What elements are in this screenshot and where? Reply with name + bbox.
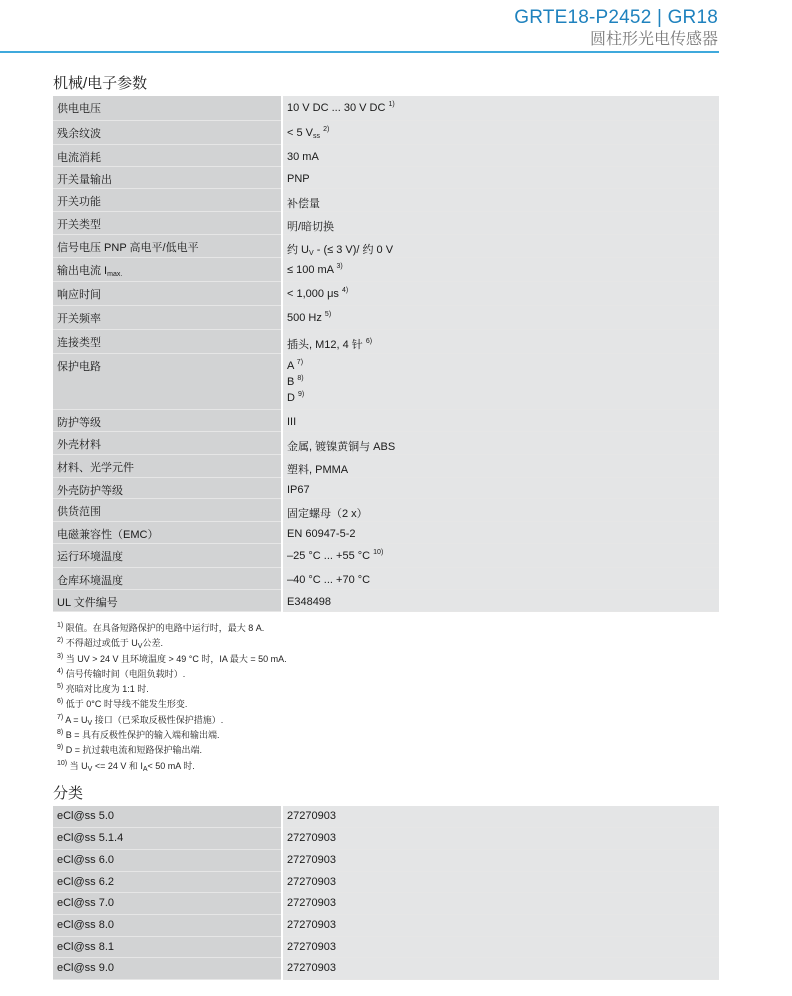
classification-value: 27270903	[287, 828, 719, 844]
spec-label-text: 运行环境温度	[57, 551, 123, 563]
spec-value-cell: A 7)B 8)D 9)	[282, 353, 719, 409]
spec-value-tail: - (≤ 3 V)/ 约 0 V	[314, 244, 393, 256]
spec-value-text: III	[287, 416, 296, 428]
spec-label-text: 开关频率	[57, 313, 101, 325]
spec-row: 响应时间< 1,000 μs 4)	[53, 281, 719, 305]
section-title-mech-elec: 机械/电子参数	[53, 74, 147, 94]
footnote-number: 1)	[57, 622, 63, 629]
spec-label: 开关功能	[57, 189, 281, 209]
spec-label-text: 供货范围	[57, 506, 101, 518]
spec-label-text: 保护电路	[57, 361, 101, 373]
footnote-text-tail: < 50 mA 时.	[148, 761, 195, 771]
classification-label: eCl@ss 6.2	[57, 872, 281, 888]
classification-value: 27270903	[287, 850, 719, 866]
footnotes: 1) 限值。在具备短路保护的电路中运行时，最大 8 A.2) 不得超过或低于 U…	[57, 621, 287, 774]
spec-label: 开关类型	[57, 212, 281, 232]
spec-value-text: 30 mA	[287, 151, 319, 163]
spec-label-cell: 保护电路	[53, 353, 282, 409]
spec-value-text: 明/暗切换	[287, 221, 334, 233]
spec-label: 残余纹波	[57, 121, 281, 141]
spec-value-cell: 补偿量	[282, 188, 719, 211]
spec-value-subscript: ss	[313, 133, 320, 140]
spec-value-cell: 30 mA	[282, 144, 719, 166]
spec-label-text: 开关类型	[57, 219, 101, 231]
spec-label-text: 供电电压	[57, 103, 101, 115]
footnote-text: 当 U	[70, 761, 88, 771]
spec-label-cell: 材料、光学元件	[53, 454, 282, 477]
spec-value: 10 V DC ... 30 V DC 1)	[287, 96, 719, 114]
spec-value-text: 塑料, PMMA	[287, 464, 348, 476]
spec-value: 固定螺母（2 x）	[287, 499, 719, 521]
footnote-ref: 5)	[325, 311, 331, 318]
section-title-classification: 分类	[53, 784, 83, 804]
spec-label: 电流消耗	[57, 145, 281, 165]
spec-label-text: 防护等级	[57, 417, 101, 429]
spec-value-text: –40 °C ... +70 °C	[287, 574, 370, 586]
spec-label-cell: 开关量输出	[53, 166, 282, 188]
spec-value-text: ≤ 100 mA	[287, 264, 333, 276]
spec-value-cell: < 5 Vss 2)	[282, 120, 719, 144]
classification-label: eCl@ss 8.0	[57, 915, 281, 931]
spec-value-cell: EN 60947-5-2	[282, 521, 719, 543]
spec-label-text: 输出电流 I	[57, 265, 107, 277]
footnote-number: 4)	[57, 668, 63, 675]
spec-value-cell: < 1,000 μs 4)	[282, 281, 719, 305]
spec-value: 插头, M12, 4 针 6)	[287, 330, 719, 352]
spec-label-cell: 电磁兼容性（EMC）	[53, 521, 282, 543]
spec-label-text: 连接类型	[57, 337, 101, 349]
spec-value-text: < 1,000 μs	[287, 288, 339, 300]
spec-row: 开关功能补偿量	[53, 188, 719, 211]
classification-label-cell: eCl@ss 9.0	[53, 958, 282, 980]
footnote-text-tail: 接口（已采取反极性保护措施）.	[92, 715, 223, 725]
footnote: 8) B = 具有反极性保护的输入端和输出端.	[57, 728, 287, 743]
spec-label: UL 文件编号	[57, 590, 281, 610]
footnote: 10) 当 UV <= 24 V 和 IA< 50 mA 时.	[57, 759, 287, 774]
spec-value-text: 补偿量	[287, 198, 320, 210]
footnote-number: 9)	[57, 744, 63, 751]
spec-value-cell: III	[282, 409, 719, 431]
classification-value: 27270903	[287, 915, 719, 931]
classification-label-cell: eCl@ss 5.1.4	[53, 828, 282, 850]
spec-row: 材料、光学元件塑料, PMMA	[53, 454, 719, 477]
spec-row: 供货范围固定螺母（2 x）	[53, 498, 719, 521]
footnote-text: 限值。在具备短路保护的电路中运行时，最大 8 A.	[66, 623, 265, 633]
footnote: 6) 低于 0°C 时导线不能发生形变.	[57, 697, 287, 712]
spec-value-cell: 10 V DC ... 30 V DC 1)	[282, 96, 719, 120]
spec-label-cell: 输出电流 Imax.	[53, 257, 282, 281]
classification-label-cell: eCl@ss 7.0	[53, 893, 282, 915]
classification-label-cell: eCl@ss 6.0	[53, 849, 282, 871]
header-divider	[0, 51, 719, 53]
classification-row: eCl@ss 8.127270903	[53, 936, 719, 958]
classification-label: eCl@ss 8.1	[57, 937, 281, 953]
spec-label-cell: 响应时间	[53, 281, 282, 305]
footnote-number: 6)	[57, 698, 63, 705]
spec-label-cell: 外壳材料	[53, 431, 282, 454]
spec-value-cell: –40 °C ... +70 °C	[282, 567, 719, 589]
spec-row: 供电电压10 V DC ... 30 V DC 1)	[53, 96, 719, 120]
spec-label-cell: 供电电压	[53, 96, 282, 120]
spec-label: 开关频率	[57, 306, 281, 326]
footnote-text: A = U	[65, 715, 87, 725]
spec-row: 开关量输出PNP	[53, 166, 719, 188]
spec-value-line: D 9)	[287, 392, 719, 408]
classification-label: eCl@ss 5.1.4	[57, 828, 281, 844]
spec-label: 保护电路	[57, 354, 281, 374]
classification-value: 27270903	[287, 806, 719, 822]
spec-value-cell: 插头, M12, 4 针 6)	[282, 329, 719, 353]
spec-value: EN 60947-5-2	[287, 522, 719, 540]
spec-label-text: UL 文件编号	[57, 597, 118, 609]
spec-value-cell: 固定螺母（2 x）	[282, 498, 719, 521]
spec-value-cell: 500 Hz 5)	[282, 305, 719, 329]
footnote-ref: 3)	[336, 263, 342, 270]
spec-value-cell: PNP	[282, 166, 719, 188]
spec-label-text: 开关功能	[57, 196, 101, 208]
spec-row: 输出电流 Imax.≤ 100 mA 3)	[53, 257, 719, 281]
spec-row: 连接类型插头, M12, 4 针 6)	[53, 329, 719, 353]
spec-value: 500 Hz 5)	[287, 306, 719, 324]
spec-label: 供货范围	[57, 499, 281, 519]
spec-label: 电磁兼容性（EMC）	[57, 522, 281, 542]
footnote-ref: 9)	[298, 391, 304, 398]
classification-value-cell: 27270903	[282, 849, 719, 871]
spec-label-cell: 供货范围	[53, 498, 282, 521]
footnote: 7) A = UV 接口（已采取反极性保护措施）.	[57, 713, 287, 728]
spec-value-text: 金属, 镀镍黄铜与 ABS	[287, 441, 395, 453]
spec-label: 输出电流 Imax.	[57, 258, 281, 278]
spec-value-line: B 8)	[287, 376, 719, 392]
footnote-ref: 10)	[373, 549, 383, 556]
spec-row: 保护电路A 7)B 8)D 9)	[53, 353, 719, 409]
spec-row: 电流消耗30 mA	[53, 144, 719, 166]
spec-row: 防护等级III	[53, 409, 719, 431]
spec-value: 塑料, PMMA	[287, 455, 719, 477]
spec-value: A 7)B 8)D 9)	[287, 354, 719, 408]
classification-row: eCl@ss 8.027270903	[53, 914, 719, 936]
classification-value-cell: 27270903	[282, 914, 719, 936]
product-title: GRTE18-P2452 | GR18	[514, 6, 718, 30]
spec-label: 供电电压	[57, 96, 281, 116]
spec-value: 30 mA	[287, 145, 719, 163]
spec-value: 约 UV - (≤ 3 V)/ 约 0 V	[287, 235, 719, 257]
classification-label-cell: eCl@ss 8.0	[53, 914, 282, 936]
spec-label-cell: 运行环境温度	[53, 543, 282, 567]
spec-label-text: 开关量输出	[57, 174, 112, 186]
footnote-number: 7)	[57, 714, 63, 721]
classification-label: eCl@ss 7.0	[57, 893, 281, 909]
spec-value-text: EN 60947-5-2	[287, 528, 356, 540]
classification-value-cell: 27270903	[282, 958, 719, 980]
spec-label-cell: 开关功能	[53, 188, 282, 211]
footnote-ref: 2)	[323, 126, 329, 133]
spec-label: 连接类型	[57, 330, 281, 350]
spec-value-text: 插头, M12, 4 针	[287, 339, 363, 351]
spec-value-text: 500 Hz	[287, 312, 322, 324]
classification-row: eCl@ss 5.1.427270903	[53, 828, 719, 850]
spec-value: ≤ 100 mA 3)	[287, 258, 719, 276]
spec-label: 信号电压 PNP 高电平/低电平	[57, 235, 281, 255]
classification-value-cell: 27270903	[282, 828, 719, 850]
spec-value-cell: 金属, 镀镍黄铜与 ABS	[282, 431, 719, 454]
footnote-number: 10)	[57, 760, 67, 767]
spec-value-text: A	[287, 360, 294, 372]
classification-table: eCl@ss 5.027270903eCl@ss 5.1.427270903eC…	[53, 806, 719, 980]
classification-label: eCl@ss 5.0	[57, 806, 281, 822]
spec-row: UL 文件编号E348498	[53, 589, 719, 611]
footnote-text: 信号传输时间（电阻负载时）.	[66, 669, 186, 679]
classification-value-cell: 27270903	[282, 871, 719, 893]
classification-value: 27270903	[287, 872, 719, 888]
footnote-ref: 1)	[389, 101, 395, 108]
classification-value-cell: 27270903	[282, 806, 719, 828]
spec-label-text: 外壳防护等级	[57, 485, 123, 497]
spec-label-cell: 开关频率	[53, 305, 282, 329]
spec-value-text: 固定螺母（2 x）	[287, 508, 368, 520]
footnote-ref: 4)	[342, 287, 348, 294]
spec-row: 外壳材料金属, 镀镍黄铜与 ABS	[53, 431, 719, 454]
spec-row: 电磁兼容性（EMC）EN 60947-5-2	[53, 521, 719, 543]
classification-value: 27270903	[287, 937, 719, 953]
spec-value-text: E348498	[287, 596, 331, 608]
classification-row: eCl@ss 5.027270903	[53, 806, 719, 828]
spec-value: < 1,000 μs 4)	[287, 282, 719, 300]
classification-label-cell: eCl@ss 8.1	[53, 936, 282, 958]
footnote-number: 5)	[57, 683, 63, 690]
spec-label: 运行环境温度	[57, 544, 281, 564]
footnote-text: B = 具有反极性保护的输入端和输出端.	[66, 730, 220, 740]
spec-label-text: 电流消耗	[57, 152, 101, 164]
spec-label: 外壳防护等级	[57, 478, 281, 498]
spec-label-cell: 防护等级	[53, 409, 282, 431]
spec-label-text: 外壳材料	[57, 439, 101, 451]
spec-value-cell: –25 °C ... +55 °C 10)	[282, 543, 719, 567]
spec-label: 材料、光学元件	[57, 455, 281, 475]
spec-value-text: 约 U	[287, 244, 309, 256]
classification-label-cell: eCl@ss 6.2	[53, 871, 282, 893]
footnote-text: 不得超过或低于 U	[66, 638, 138, 648]
footnote-ref: 6)	[366, 338, 372, 345]
spec-row: 信号电压 PNP 高电平/低电平约 UV - (≤ 3 V)/ 约 0 V	[53, 234, 719, 257]
spec-value-line: A 7)	[287, 360, 719, 376]
spec-label-text: 仓库环境温度	[57, 575, 123, 587]
spec-value-text: IP67	[287, 484, 310, 496]
spec-label-cell: 外壳防护等级	[53, 477, 282, 498]
classification-value: 27270903	[287, 893, 719, 909]
spec-value: 金属, 镀镍黄铜与 ABS	[287, 432, 719, 454]
spec-value-cell: ≤ 100 mA 3)	[282, 257, 719, 281]
spec-label-cell: 连接类型	[53, 329, 282, 353]
mech-elec-spec-table: 供电电压10 V DC ... 30 V DC 1)残余纹波< 5 Vss 2)…	[53, 96, 719, 612]
spec-value-cell: E348498	[282, 589, 719, 611]
classification-row: eCl@ss 7.027270903	[53, 893, 719, 915]
spec-value-text: D	[287, 392, 295, 404]
footnote-text: 低于 0°C 时导线不能发生形变.	[66, 699, 188, 709]
spec-value-cell: IP67	[282, 477, 719, 498]
spec-value: III	[287, 410, 719, 428]
spec-row: 残余纹波< 5 Vss 2)	[53, 120, 719, 144]
classification-row: eCl@ss 6.027270903	[53, 849, 719, 871]
footnote-text-tail: <= 24 V 和 I	[92, 761, 143, 771]
spec-label-text: 残余纹波	[57, 128, 101, 140]
classification-value-cell: 27270903	[282, 936, 719, 958]
spec-label-cell: 开关类型	[53, 211, 282, 234]
spec-value: 明/暗切换	[287, 212, 719, 234]
spec-row: 开关频率500 Hz 5)	[53, 305, 719, 329]
footnote-number: 8)	[57, 729, 63, 736]
spec-value-cell: 明/暗切换	[282, 211, 719, 234]
footnote-text: D = 抗过载电流和短路保护输出端.	[66, 745, 202, 755]
spec-label-cell: 仓库环境温度	[53, 567, 282, 589]
spec-label-subscript: max.	[107, 271, 122, 278]
classification-label-cell: eCl@ss 5.0	[53, 806, 282, 828]
classification-label: eCl@ss 6.0	[57, 850, 281, 866]
spec-label-text: 响应时间	[57, 289, 101, 301]
spec-label: 仓库环境温度	[57, 568, 281, 588]
spec-label-cell: 电流消耗	[53, 144, 282, 166]
spec-label-text: 信号电压 PNP 高电平/低电平	[57, 242, 199, 254]
footnote-ref: 8)	[297, 375, 303, 382]
footnote-number: 2)	[57, 637, 63, 644]
footnote: 4) 信号传输时间（电阻负载时）.	[57, 667, 287, 682]
footnote: 9) D = 抗过载电流和短路保护输出端.	[57, 743, 287, 758]
classification-value: 27270903	[287, 958, 719, 974]
footnote-text: 当 UV > 24 V 且环境温度 > 49 °C 时，IA 最大 = 50 m…	[66, 654, 287, 664]
footnote: 5) 亮暗对比度为 1:1 时.	[57, 682, 287, 697]
classification-value-cell: 27270903	[282, 893, 719, 915]
spec-value: E348498	[287, 590, 719, 608]
spec-value-text: PNP	[287, 173, 310, 185]
spec-value-text: B	[287, 376, 294, 388]
footnote-number: 3)	[57, 653, 63, 660]
spec-label-cell: 信号电压 PNP 高电平/低电平	[53, 234, 282, 257]
spec-value: PNP	[287, 167, 719, 185]
spec-label: 防护等级	[57, 410, 281, 430]
spec-label: 外壳材料	[57, 432, 281, 452]
spec-row: 外壳防护等级IP67	[53, 477, 719, 498]
spec-label: 开关量输出	[57, 167, 281, 187]
footnote-text: 亮暗对比度为 1:1 时.	[66, 684, 149, 694]
footnote-ref: 7)	[297, 359, 303, 366]
spec-value: –40 °C ... +70 °C	[287, 568, 719, 586]
spec-row: 开关类型明/暗切换	[53, 211, 719, 234]
footnote: 3) 当 UV > 24 V 且环境温度 > 49 °C 时，IA 最大 = 5…	[57, 652, 287, 667]
spec-value-text: –25 °C ... +55 °C	[287, 550, 370, 562]
spec-value-cell: 塑料, PMMA	[282, 454, 719, 477]
spec-value: –25 °C ... +55 °C 10)	[287, 544, 719, 562]
footnote: 1) 限值。在具备短路保护的电路中运行时，最大 8 A.	[57, 621, 287, 636]
spec-label-cell: 残余纹波	[53, 120, 282, 144]
spec-label-cell: UL 文件编号	[53, 589, 282, 611]
product-subtitle: 圆柱形光电传感器	[514, 30, 718, 50]
spec-value-text: 10 V DC ... 30 V DC	[287, 102, 385, 114]
spec-row: 运行环境温度–25 °C ... +55 °C 10)	[53, 543, 719, 567]
spec-label: 响应时间	[57, 282, 281, 302]
document-header: GRTE18-P2452 | GR18 圆柱形光电传感器	[514, 6, 718, 50]
classification-label: eCl@ss 9.0	[57, 958, 281, 974]
spec-label-text: 电磁兼容性（EMC）	[57, 529, 158, 541]
spec-label-text: 材料、光学元件	[57, 462, 134, 474]
spec-value: 补偿量	[287, 189, 719, 211]
footnote-text-tail: 公差.	[142, 638, 163, 648]
classification-row: eCl@ss 9.027270903	[53, 958, 719, 980]
classification-row: eCl@ss 6.227270903	[53, 871, 719, 893]
spec-value-text: < 5 V	[287, 127, 313, 139]
spec-value: < 5 Vss 2)	[287, 121, 719, 139]
footnote: 2) 不得超过或低于 UV公差.	[57, 636, 287, 651]
spec-row: 仓库环境温度–40 °C ... +70 °C	[53, 567, 719, 589]
spec-value-cell: 约 UV - (≤ 3 V)/ 约 0 V	[282, 234, 719, 257]
spec-value: IP67	[287, 478, 719, 496]
